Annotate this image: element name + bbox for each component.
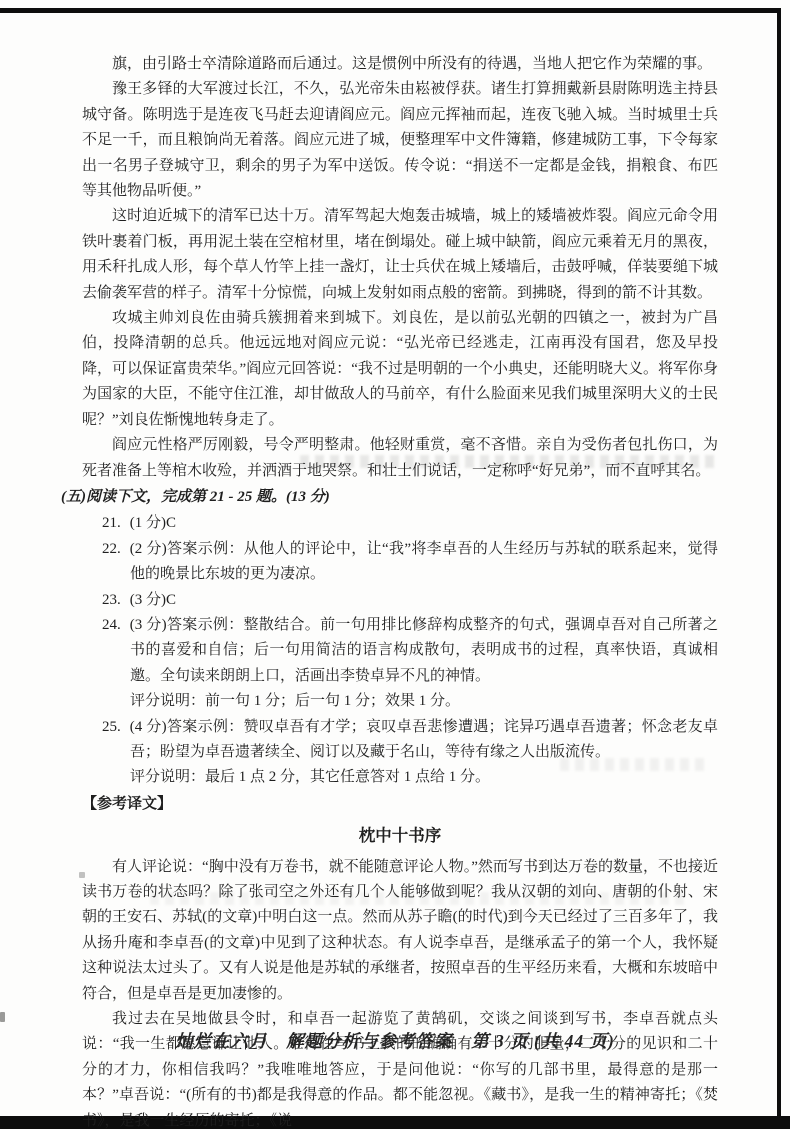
answer-body: (2 分)答案示例：从他人的评论中，让“我”将李卓吾的人生经历与苏轼的联系起来，… [130, 541, 718, 582]
body-paragraph: 这时迫近城下的清军已达十万。清军驾起大炮轰击城墙，城上的矮墙被炸裂。阎应元命令用… [82, 204, 718, 306]
page-content: 旗，由引路士卒清除道路而后通过。这是惯例中所没有的待遇，当地人把它作为荣耀的事。… [82, 52, 718, 1129]
answer-text: 25.(4 分)答案示例：赞叹卓吾有才学；哀叹卓吾悲惨遭遇；诧异巧遇卓吾遗著；怀… [130, 715, 718, 766]
translated-passage-yan-yingyuan: 旗，由引路士卒清除道路而后通过。这是惯例中所没有的待遇，当地人把它作为荣耀的事。… [82, 52, 718, 484]
answer-list: 21.(1 分)C 22.(2 分)答案示例：从他人的评论中，让“我”将李卓吾的… [82, 511, 718, 790]
translation-title: 枕中十书序 [82, 823, 718, 848]
body-paragraph: 阎应元性格严厉刚毅，号令严明整肃。他轻财重赏，毫不吝惜。亲自为受伤者包扎伤口，为… [82, 433, 718, 484]
answer-text: 24.(3 分)答案示例：整散结合。前一句用排比修辞构成整齐的句式，强调卓吾对自… [130, 613, 718, 689]
body-paragraph: 旗，由引路士卒清除道路而后通过。这是惯例中所没有的待遇，当地人把它作为荣耀的事。 [82, 52, 718, 77]
answer-number: 23. [102, 592, 121, 608]
body-paragraph: 攻城主帅刘良佐由骑兵簇拥着来到城下。刘良佐，是以前弘光朝的四镇之一，被封为广昌伯… [82, 306, 718, 433]
answer-number: 21. [102, 515, 121, 531]
answer-number: 25. [102, 719, 121, 735]
translation-paragraph: 有人评论说：“胸中没有万卷书，就不能随意评论人物。”然而写书到达万卷的数量，不也… [82, 855, 718, 1007]
translation-paragraphs: 有人评论说：“胸中没有万卷书，就不能随意评论人物。”然而写书到达万卷的数量，不也… [82, 855, 718, 1129]
answer-text: 23.(3 分)C [130, 588, 718, 613]
answer-body: (3 分)C [130, 592, 176, 608]
answer-text: 22.(2 分)答案示例：从他人的评论中，让“我”将李卓吾的人生经历与苏轼的联系… [130, 537, 718, 588]
scan-artifact-speck [0, 1012, 5, 1022]
scoring-note: 评分说明：最后 1 点 2 分，其它任意答对 1 点给 1 分。 [130, 765, 718, 790]
answer-body: (3 分)答案示例：整散结合。前一句用排比修辞构成整齐的句式，强调卓吾对自己所著… [130, 617, 718, 684]
answer-item: 23.(3 分)C [82, 588, 718, 613]
section-five-header: (五)阅读下文，完成第 21 - 25 题。(13 分) [61, 485, 718, 510]
answer-item: 25.(4 分)答案示例：赞叹卓吾有才学；哀叹卓吾悲惨遭遇；诧异巧遇卓吾遗著；怀… [82, 715, 718, 791]
answer-text: 21.(1 分)C [130, 511, 718, 536]
scoring-note: 评分说明：前一句 1 分；后一句 1 分；效果 1 分。 [130, 689, 718, 714]
answer-body: (4 分)答案示例：赞叹卓吾有才学；哀叹卓吾悲惨遭遇；诧异巧遇卓吾遗著；怀念老友… [130, 719, 718, 760]
answer-item: 24.(3 分)答案示例：整散结合。前一句用排比修辞构成整齐的句式，强调卓吾对自… [82, 613, 718, 715]
reference-translation-label: 【参考译文】 [82, 792, 718, 817]
answer-number: 24. [102, 617, 121, 633]
reference-translation-section: 【参考译文】 枕中十书序 有人评论说：“胸中没有万卷书，就不能随意评论人物。”然… [82, 792, 718, 1129]
scanned-answer-page: 旗，由引路士卒清除道路而后通过。这是惯例中所没有的待遇，当地人把它作为荣耀的事。… [0, 0, 790, 1129]
translation-paragraph: 我过去在吴地做县令时，和卓吾一起游览了黄鹄矶，交谈之间谈到写书，李卓吾就点头说：… [82, 1007, 718, 1129]
answer-number: 22. [102, 541, 121, 557]
page-footer: 灿烂在六月 解题分析与参考答案 第 3 页 (共 44 页) [0, 1028, 790, 1053]
answer-item: 22.(2 分)答案示例：从他人的评论中，让“我”将李卓吾的人生经历与苏轼的联系… [82, 537, 718, 588]
answer-item: 21.(1 分)C [82, 511, 718, 536]
answer-body: (1 分)C [130, 515, 176, 531]
page-frame-top-border [0, 8, 780, 13]
body-paragraph: 豫王多铎的大军渡过长江，不久，弘光帝朱由崧被俘获。诸生打算拥戴新县尉陈明选主持县… [82, 77, 718, 204]
page-frame-right-border [777, 8, 781, 1120]
